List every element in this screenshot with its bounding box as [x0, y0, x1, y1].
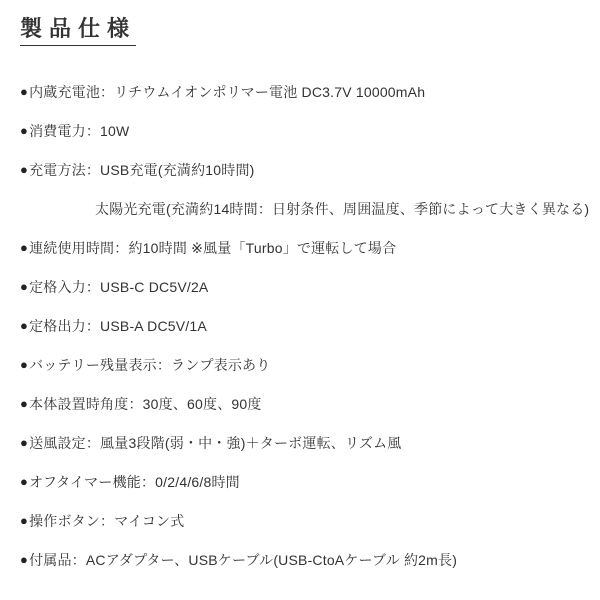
bullet-icon: ● — [20, 397, 28, 410]
spec-item: 太陽光充電(充満約14時間：日射条件、周囲温度、季節によって大きく異なる) — [20, 189, 600, 228]
spec-text: 付属品：ACアダプター、USBケーブル(USB-CtoAケーブル 約2m長) — [29, 550, 457, 570]
spec-item: ● 操作ボタン：マイコン式 — [20, 501, 600, 540]
spec-item: ● 充電方法：USB充電(充満約10時間) — [20, 150, 600, 189]
spec-text: 送風設定：風量3段階(弱・中・強)＋ターボ運転、リズム風 — [29, 433, 401, 453]
bullet-icon: ● — [20, 85, 28, 98]
spec-text: 連続使用時間：約10時間 ※風量「Turbo」で運転して場合 — [29, 238, 396, 258]
spec-item: ● 本体設置時角度：30度、60度、90度 — [20, 384, 600, 423]
spec-item: ● 連続使用時間：約10時間 ※風量「Turbo」で運転して場合 — [20, 228, 600, 267]
spec-text: 本体設置時角度：30度、60度、90度 — [29, 394, 262, 414]
spec-item: ● 定格出力：USB-A DC5V/1A — [20, 306, 600, 345]
spec-text: 充電方法：USB充電(充満約10時間) — [29, 160, 254, 180]
spec-text: 操作ボタン：マイコン式 — [29, 511, 184, 531]
bullet-icon: ● — [20, 241, 28, 254]
bullet-icon: ● — [20, 358, 28, 371]
spec-text: オフタイマー機能：0/2/4/6/8時間 — [29, 472, 240, 492]
spec-item: ● 送風設定：風量3段階(弱・中・強)＋ターボ運転、リズム風 — [20, 423, 600, 462]
spec-list: ● 内蔵充電池：リチウムイオンポリマー電池 DC3.7V 10000mAh ● … — [0, 72, 600, 579]
spec-item: ● バッテリー残量表示：ランプ表示あり — [20, 345, 600, 384]
bullet-icon: ● — [20, 553, 28, 566]
spec-item: ● オフタイマー機能：0/2/4/6/8時間 — [20, 462, 600, 501]
bullet-icon: ● — [20, 436, 28, 449]
page-title: 製品仕様 — [20, 18, 136, 46]
bullet-icon: ● — [20, 124, 28, 137]
spec-item: ● 定格入力：USB-C DC5V/2A — [20, 267, 600, 306]
spec-item: ● 付属品：ACアダプター、USBケーブル(USB-CtoAケーブル 約2m長) — [20, 540, 600, 579]
spec-text: 消費電力：10W — [29, 121, 129, 141]
spec-text: 内蔵充電池：リチウムイオンポリマー電池 DC3.7V 10000mAh — [29, 82, 425, 102]
bullet-icon: ● — [20, 280, 28, 293]
spec-text: 太陽光充電(充満約14時間：日射条件、周囲温度、季節によって大きく異なる) — [95, 199, 589, 219]
spec-text: 定格出力：USB-A DC5V/1A — [29, 316, 207, 336]
spec-item: ● 消費電力：10W — [20, 111, 600, 150]
bullet-icon: ● — [20, 514, 28, 527]
bullet-icon: ● — [20, 163, 28, 176]
product-spec-page: 製品仕様 ● 内蔵充電池：リチウムイオンポリマー電池 DC3.7V 10000m… — [0, 0, 600, 600]
spec-text: 定格入力：USB-C DC5V/2A — [29, 277, 208, 297]
spec-text: バッテリー残量表示：ランプ表示あり — [29, 355, 270, 375]
bullet-icon: ● — [20, 475, 28, 488]
bullet-icon: ● — [20, 319, 28, 332]
spec-item: ● 内蔵充電池：リチウムイオンポリマー電池 DC3.7V 10000mAh — [20, 72, 600, 111]
